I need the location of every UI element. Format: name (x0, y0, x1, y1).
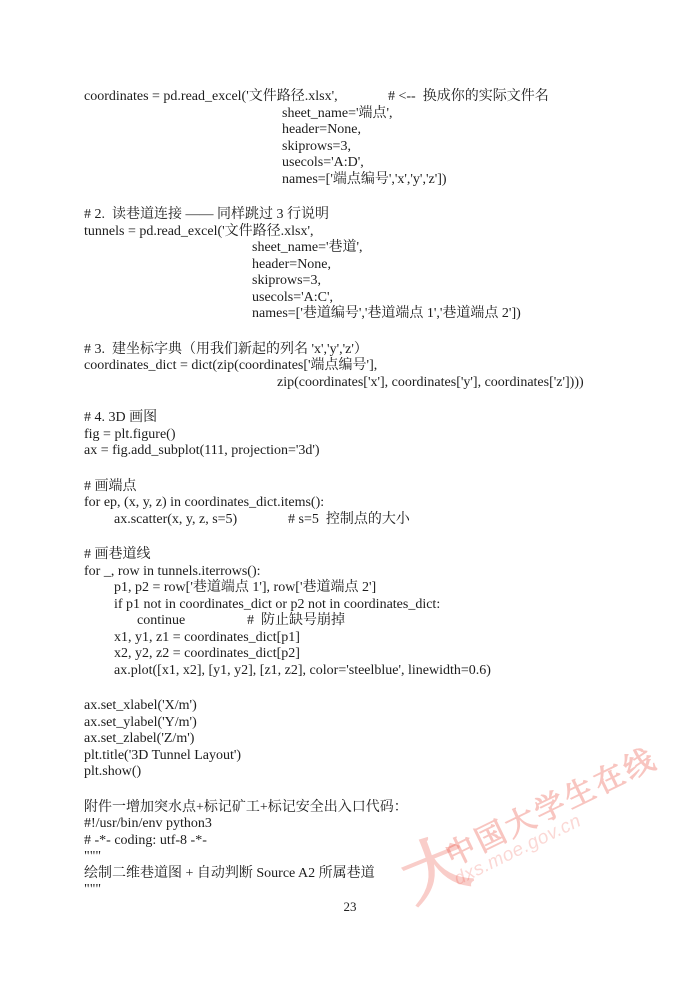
code-line: sheet_name='端点', (84, 106, 680, 123)
code-line: for _, row in tunnels.iterrows(): (84, 564, 680, 581)
code-text: plt.show() (84, 764, 141, 779)
code-gap (84, 323, 680, 342)
code-text: plt.title('3D Tunnel Layout') (84, 748, 241, 763)
code-line: usecols='A:D', (84, 155, 680, 172)
code-line: if p1 not in coordinates_dict or p2 not … (84, 597, 680, 614)
inline-comment: # s=5 控制点的大小 (288, 512, 410, 529)
code-text: # 3. 建坐标字典（用我们新起的列名 'x','y','z'） (84, 342, 368, 357)
inline-comment: # 防止缺号崩掉 (247, 613, 345, 630)
code-text: ax.set_zlabel('Z/m') (84, 731, 194, 746)
code-text: # 4. 3D 画图 (84, 410, 157, 425)
code-text: skiprows=3, (282, 139, 351, 154)
inline-comment: # <-- 换成你的实际文件名 (388, 89, 549, 106)
code-text: """ (84, 849, 101, 864)
code-line: 绘制二维巷道图 + 自动判断 Source A2 所属巷道 (84, 866, 680, 883)
code-line: for ep, (x, y, z) in coordinates_dict.it… (84, 495, 680, 512)
code-line: coordinates_dict = dict(zip(coordinates[… (84, 358, 680, 375)
code-line: x1, y1, z1 = coordinates_dict[p1] (84, 630, 680, 647)
code-gap (84, 391, 680, 410)
code-line: # 3. 建坐标字典（用我们新起的列名 'x','y','z'） (84, 342, 680, 359)
code-text: for ep, (x, y, z) in coordinates_dict.it… (84, 495, 324, 510)
code-text: if p1 not in coordinates_dict or p2 not … (114, 597, 440, 612)
code-text: # 画巷道线 (84, 547, 151, 562)
code-line: plt.show() (84, 764, 680, 781)
code-line: usecols='A:C', (84, 290, 680, 307)
code-text: ax.plot([x1, x2], [y1, y2], [z1, z2], co… (114, 663, 491, 678)
code-text: for _, row in tunnels.iterrows(): (84, 564, 261, 579)
code-line: # 画端点 (84, 479, 680, 496)
code-text: names=['端点编号','x','y','z']) (282, 172, 447, 187)
code-text: x2, y2, z2 = coordinates_dict[p2] (114, 646, 300, 661)
code-line: zip(coordinates['x'], coordinates['y'], … (84, 375, 680, 392)
code-line: names=['端点编号','x','y','z']) (84, 172, 680, 189)
code-text: # -*- coding: utf-8 -*- (84, 833, 207, 848)
code-text: """ (84, 882, 101, 897)
code-text: ax.set_xlabel('X/m') (84, 698, 197, 713)
code-line: fig = plt.figure() (84, 427, 680, 444)
code-line: p1, p2 = row['巷道端点 1'], row['巷道端点 2'] (84, 580, 680, 597)
code-gap (84, 679, 680, 698)
code-line: skiprows=3, (84, 273, 680, 290)
code-text: 附件一增加突水点+标记矿工+标记安全出入口代码： (84, 800, 408, 815)
code-text: sheet_name='端点', (282, 106, 393, 121)
code-line: ax.scatter(x, y, z, s=5)# s=5 控制点的大小 (84, 512, 680, 529)
code-line: ax.set_xlabel('X/m') (84, 698, 680, 715)
code-line: skiprows=3, (84, 139, 680, 156)
code-text: skiprows=3, (252, 273, 321, 288)
code-gap (84, 781, 680, 800)
code-line: sheet_name='巷道', (84, 240, 680, 257)
code-text: sheet_name='巷道', (252, 240, 363, 255)
code-text: fig = plt.figure() (84, 427, 175, 442)
code-text: coordinates_dict = dict(zip(coordinates[… (84, 358, 377, 373)
code-line: # -*- coding: utf-8 -*- (84, 833, 680, 850)
code-line: header=None, (84, 257, 680, 274)
code-gap (84, 188, 680, 207)
code-line: 附件一增加突水点+标记矿工+标记安全出入口代码： (84, 800, 680, 817)
code-text: tunnels = pd.read_excel('文件路径.xlsx', (84, 224, 314, 239)
code-text: ax.scatter(x, y, z, s=5) (114, 512, 237, 527)
code-line: ax.set_ylabel('Y/m') (84, 715, 680, 732)
code-text: ax = fig.add_subplot(111, projection='3d… (84, 443, 320, 458)
code-line: continue# 防止缺号崩掉 (84, 613, 680, 630)
code-gap (84, 528, 680, 547)
code-text: zip(coordinates['x'], coordinates['y'], … (277, 375, 584, 390)
code-text: continue (137, 613, 185, 628)
code-text: 绘制二维巷道图 + 自动判断 Source A2 所属巷道 (84, 866, 375, 881)
code-text: usecols='A:C', (252, 290, 333, 305)
code-text: #!/usr/bin/env python3 (84, 816, 212, 831)
code-line: """ (84, 849, 680, 866)
code-line: tunnels = pd.read_excel('文件路径.xlsx', (84, 224, 680, 241)
code-line: x2, y2, z2 = coordinates_dict[p2] (84, 646, 680, 663)
code-line: #!/usr/bin/env python3 (84, 816, 680, 833)
code-text: names=['巷道编号','巷道端点 1','巷道端点 2']) (252, 306, 521, 321)
code-text: coordinates = pd.read_excel('文件路径.xlsx', (84, 89, 338, 104)
code-text: # 画端点 (84, 479, 137, 494)
code-line: """ (84, 882, 680, 899)
code-line: # 2. 读巷道连接 —— 同样跳过 3 行说明 (84, 207, 680, 224)
code-text: # 2. 读巷道连接 —— 同样跳过 3 行说明 (84, 207, 329, 222)
code-text: p1, p2 = row['巷道端点 1'], row['巷道端点 2'] (114, 580, 376, 595)
code-text: usecols='A:D', (282, 155, 364, 170)
code-line: names=['巷道编号','巷道端点 1','巷道端点 2']) (84, 306, 680, 323)
code-line: coordinates = pd.read_excel('文件路径.xlsx',… (84, 89, 680, 106)
code-line: plt.title('3D Tunnel Layout') (84, 748, 680, 765)
page-number: 23 (0, 899, 700, 915)
code-text: header=None, (282, 122, 361, 137)
code-text: header=None, (252, 257, 331, 272)
code-line: ax.set_zlabel('Z/m') (84, 731, 680, 748)
code-gap (84, 460, 680, 479)
code-line: ax.plot([x1, x2], [y1, y2], [z1, z2], co… (84, 663, 680, 680)
code-line: # 画巷道线 (84, 547, 680, 564)
code-text: ax.set_ylabel('Y/m') (84, 715, 197, 730)
code-line: header=None, (84, 122, 680, 139)
code-line: ax = fig.add_subplot(111, projection='3d… (84, 443, 680, 460)
code-line: # 4. 3D 画图 (84, 410, 680, 427)
code-block: coordinates = pd.read_excel('文件路径.xlsx',… (84, 89, 680, 899)
code-text: x1, y1, z1 = coordinates_dict[p1] (114, 630, 300, 645)
